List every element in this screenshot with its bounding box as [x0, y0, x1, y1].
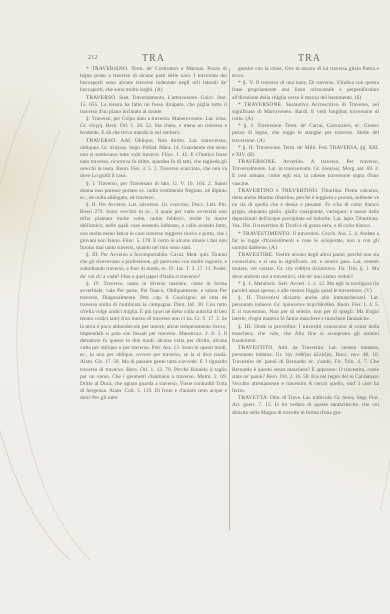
entry-headword: * TRAVERSONE.: [238, 102, 283, 108]
dictionary-entry: TRAVESTIRE. Vestire alcuno degli altrui …: [232, 252, 379, 281]
dictionary-entry: TRAVERSO. Add. Obliquo, Non diritto. Lat…: [80, 138, 227, 181]
dictionary-entry: TRAVETTA. Dim. di Trave. Lat. trabicula.…: [232, 395, 379, 416]
entry-headword: * §. I.: [238, 123, 255, 129]
dictionary-entry: * §. II. Traversone. Term. de' Milit. Fe…: [232, 145, 379, 159]
right-column: guesler con la chine, Ove in mezzo di lu…: [232, 66, 379, 417]
running-head-right: TRA: [298, 53, 321, 64]
entry-headword: TRAVERSONE.: [238, 159, 277, 165]
running-header: 212 TRA TRA: [82, 53, 378, 65]
dictionary-entry: TRAVERSONE. Avverbio. A traverso, Per tr…: [232, 159, 379, 188]
entry-headword: * §. V.: [238, 80, 254, 86]
dictionary-entry: §. II. Travestirsi diciamo anche allo im…: [232, 295, 379, 324]
dictionary-entry: §. I. Traverso, per Traversato di lato. …: [80, 181, 227, 202]
entry-text: §. II. Per Avverso. Lat. adversus. Gr. ε…: [80, 202, 227, 251]
entry-headword: §. III.: [238, 324, 252, 330]
dictionary-entry: * TRAVERSINO. Term. de' Costruttori e Ma…: [80, 66, 227, 95]
entry-headword: * §. I.: [238, 281, 252, 287]
dictionary-entry: * TRAVESTIMENTO. Il travestirsi. Cecch. …: [232, 231, 379, 252]
entry-headword: TRAVERSO.: [86, 138, 117, 144]
dictionary-columns: * TRAVERSINO. Term. de' Costruttori e Ma…: [80, 66, 382, 536]
entry-text: §. I. Traverso, per Traversato di lato. …: [80, 181, 227, 201]
dictionary-entry: TRAVERTINO e TREVERTINO. Tiburtina. Piet…: [232, 188, 379, 231]
entry-text: §. III. Per Avverso a Incomportabile. Ca…: [80, 252, 227, 279]
dictionary-entry: §. II. Per Avverso. Lat. adversus. Gr. ε…: [80, 202, 227, 252]
entry-text: Traversone. Term. de' Milit. Fed. TRAVER…: [232, 145, 379, 158]
entry-headword: §. II.: [238, 295, 252, 301]
dictionary-entry: §. IV. Traverso, usato in diverse manier…: [80, 281, 227, 403]
dictionary-entry: §. Traverso, per Colpo dato a traverso. …: [80, 116, 227, 137]
entry-text: Il traverso di una nave, Di traverso. S'…: [232, 80, 379, 100]
entry-text: Metaforic. Salv. Avvert. 1. 2. 12. Ma eg…: [232, 281, 379, 294]
entry-text: Tiburtina. Pietra calcarea, detta anche …: [232, 188, 379, 230]
entry-headword: * TRAVESTIMENTO.: [238, 231, 291, 237]
dictionary-entry: §. III. Onde in proverbio: I travestiti …: [232, 324, 379, 345]
running-head-left: TRA: [142, 53, 165, 64]
entry-headword: TRAVERSO.: [86, 95, 117, 101]
dictionary-entry: TRAVERSO. Sust. Traversamento, L'attrave…: [80, 95, 227, 116]
entry-text: guesler con la chine, Ove in mezzo di lu…: [232, 66, 379, 79]
entry-text: §. Traverso, per Colpo dato a traverso. …: [80, 116, 227, 136]
dictionary-entry: * TRAVERSONE. Sustantivo Accrescitivo di…: [232, 102, 379, 123]
left-column: * TRAVERSINO. Term. de' Costruttori e Ma…: [80, 66, 227, 402]
dictionary-entry: * §. I. Metaforic. Salv. Avvert. 1. 2. 1…: [232, 281, 379, 295]
dictionary-entry: §. III. Per Avverso a Incomportabile. Ca…: [80, 252, 227, 281]
entry-text: Travestirsi diciamo anche allo immascher…: [232, 295, 379, 322]
entry-headword: TRAVESTITO.: [238, 345, 274, 351]
entry-headword: TRAVERTINO e TREVERTINO.: [238, 188, 319, 194]
entry-headword: * TRAVERSINO.: [86, 66, 129, 72]
dictionary-entry: guesler con la chine, Ove in mezzo di lu…: [232, 66, 379, 80]
entry-text: Onde in proverbio: I travestiti conoscon…: [232, 324, 379, 344]
entry-headword: TRAVETTA.: [238, 395, 268, 401]
page-number: 212: [88, 55, 98, 61]
dictionary-entry: * §. I. Traversone. Term. de' Carrai, Ca…: [232, 123, 379, 144]
entry-headword: TRAVESTIRE.: [238, 252, 274, 258]
entry-headword: * §. II.: [238, 145, 254, 151]
dictionary-entry: * §. V. Il traverso di una nave, Di trav…: [232, 80, 379, 101]
column-divider: [229, 68, 230, 530]
dictionary-entry: TRAVESTITO. Add. da Travestire. Lat. ves…: [232, 345, 379, 395]
entry-text: Add. da Travestire. Lat. vestem mutatus,…: [232, 345, 379, 394]
entry-text: Add. Obliquo, Non diritto. Lat. transver…: [80, 138, 227, 180]
entry-text: §. IV. Traverso, usato in diverse manier…: [80, 281, 227, 402]
entry-text: Traversone. Term. de' Carrai, Carrozzier…: [232, 123, 379, 143]
